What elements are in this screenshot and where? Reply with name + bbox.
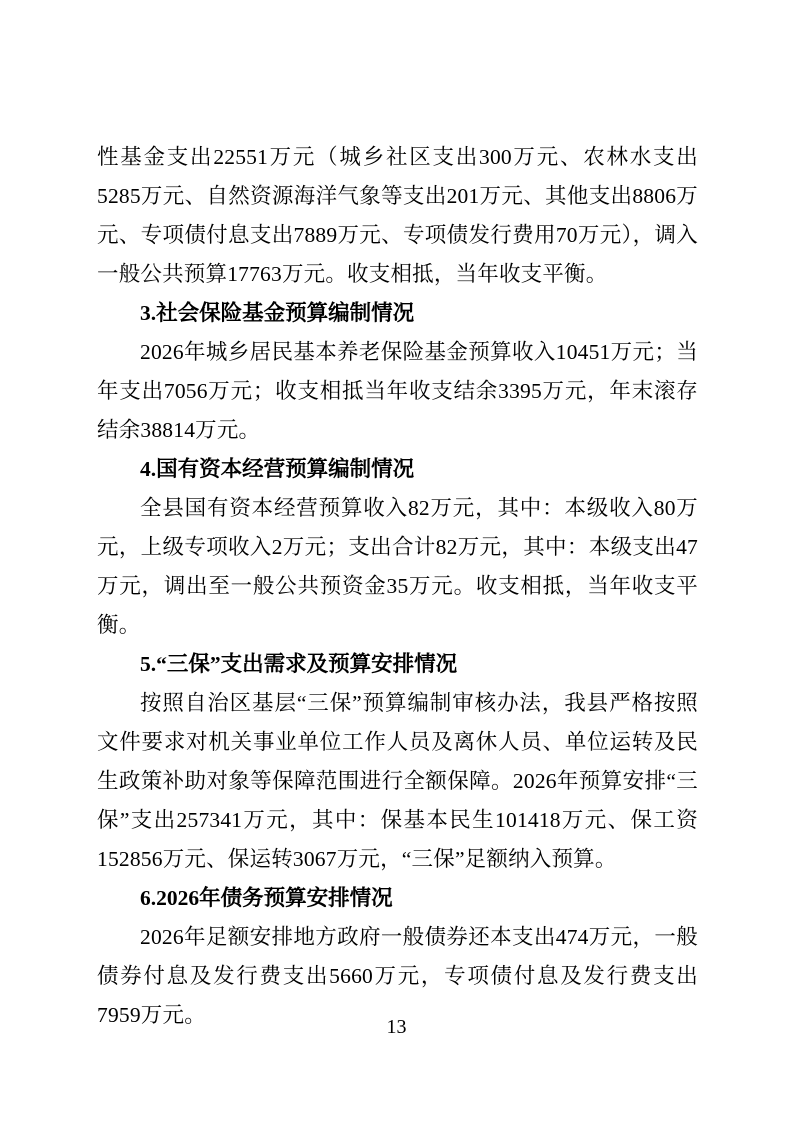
paragraph-gov-fund-expenditure-continuation: 性基金支出22551万元（城乡社区支出300万元、农林水支出5285万元、自然资… <box>97 138 698 294</box>
page-number: 13 <box>0 1015 793 1039</box>
paragraph-state-capital-budget: 全县国有资本经营预算收入82万元，其中：本级收入80万元，上级专项收入2万元；支… <box>97 489 698 645</box>
heading-social-insurance-budget: 3.社会保险基金预算编制情况 <box>97 294 698 333</box>
heading-three-guarantees-budget: 5.“三保”支出需求及预算安排情况 <box>97 645 698 684</box>
paragraph-three-guarantees-budget: 按照自治区基层“三保”预算编制审核办法，我县严格按照文件要求对机关事业单位工作人… <box>97 684 698 879</box>
heading-state-capital-budget: 4.国有资本经营预算编制情况 <box>97 450 698 489</box>
document-body: 性基金支出22551万元（城乡社区支出300万元、农林水支出5285万元、自然资… <box>97 138 698 1035</box>
heading-debt-budget: 6.2026年债务预算安排情况 <box>97 879 698 918</box>
paragraph-social-insurance-budget: 2026年城乡居民基本养老保险基金预算收入10451万元；当年支出7056万元；… <box>97 333 698 450</box>
document-page: 性基金支出22551万元（城乡社区支出300万元、农林水支出5285万元、自然资… <box>0 0 793 1122</box>
